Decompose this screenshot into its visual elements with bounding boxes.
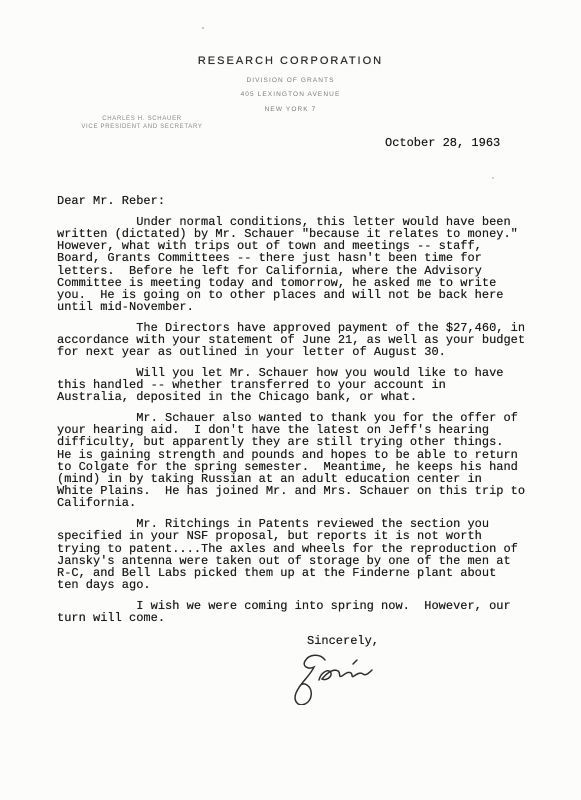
- paragraph: The Directors have approved payment of t…: [57, 322, 537, 359]
- paragraph: Under normal conditions, this letter wou…: [57, 216, 537, 314]
- closing: Sincerely,: [307, 635, 537, 647]
- letter-body: Dear Mr. Reber: Under normal conditions,…: [57, 195, 537, 705]
- scan-speck: [202, 27, 204, 29]
- signature-handwritten: [289, 649, 389, 705]
- salutation: Dear Mr. Reber:: [57, 195, 537, 207]
- letter-page: RESEARCH CORPORATION DIVISION OF GRANTS …: [0, 0, 581, 800]
- letterhead-division: DIVISION OF GRANTS: [0, 77, 581, 84]
- scan-speck: [492, 177, 494, 179]
- officer-title: VICE PRESIDENT AND SECRETARY: [57, 124, 227, 132]
- letterhead: RESEARCH CORPORATION DIVISION OF GRANTS …: [0, 55, 581, 113]
- company-name: RESEARCH CORPORATION: [0, 55, 581, 67]
- paragraph: Will you let Mr. Schauer how you would l…: [57, 367, 537, 404]
- officer-block: CHARLES H. SCHAUER VICE PRESIDENT AND SE…: [57, 116, 227, 131]
- letter-date: October 28, 1963: [385, 136, 500, 150]
- paragraph: I wish we were coming into spring now. H…: [57, 600, 537, 624]
- paragraph: Mr. Schauer also wanted to thank you for…: [57, 412, 537, 510]
- officer-name: CHARLES H. SCHAUER: [57, 116, 227, 124]
- letterhead-city: NEW YORK 7: [0, 106, 581, 113]
- letterhead-address: 405 LEXINGTON AVENUE: [0, 91, 581, 98]
- paragraph: Mr. Ritchings in Patents reviewed the se…: [57, 518, 537, 591]
